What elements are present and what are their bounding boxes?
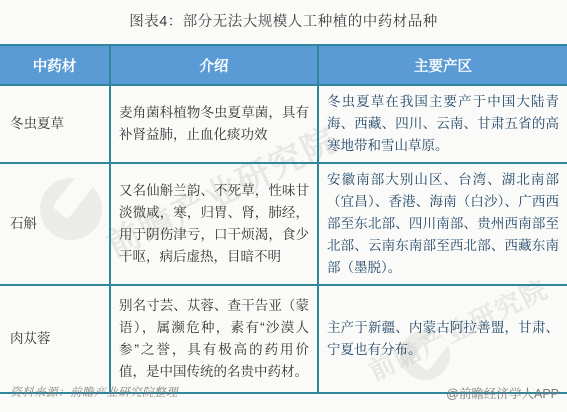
header-cell-herb: 中药材 xyxy=(0,45,110,85)
table-row: 冬虫夏草 麦角菌科植物冬虫夏草菌，具有补肾益肺，止血化痰功效 冬虫夏草在我国主要… xyxy=(0,85,567,163)
report-figure-page: 图表4：部分无法大规模人工种植的中药材品种 前瞻产业研究院 前瞻产业研究院 中药… xyxy=(0,0,567,412)
cell-intro: 又名仙斛兰韵、不死草，性味甘淡微咸，寒，归胃、肾，肺经，用于阴伤津亏，口干烦渴，… xyxy=(110,163,318,285)
table-row: 石斛 又名仙斛兰韵、不死草，性味甘淡微咸，寒，归胃、肾，肺经，用于阴伤津亏，口干… xyxy=(0,163,567,285)
cell-herb-name: 冬虫夏草 xyxy=(0,85,110,163)
cell-herb-name: 石斛 xyxy=(0,163,110,285)
cell-herb-name: 肉苁蓉 xyxy=(0,285,110,393)
brand-credit: @前瞻经济学人APP xyxy=(446,384,559,402)
cell-regions: 安徽南部大别山区、台湾、湖北南部（宜昌）、香港、海南（白沙）、广西西部至东北部、… xyxy=(318,163,567,285)
source-note: 资料来源：前瞻产业研究院整理 xyxy=(10,384,178,400)
page-title: 图表4：部分无法大规模人工种植的中药材品种 xyxy=(0,10,567,31)
cell-intro: 别名寸芸、苁蓉、查干告亚（蒙语），属濒危种，素有“沙漠人参”之誉，具有极高的药用… xyxy=(110,285,318,393)
figure-footer: 资料来源：前瞻产业研究院整理 @前瞻经济学人APP xyxy=(0,384,567,402)
header-cell-regions: 主要产区 xyxy=(318,45,567,85)
cell-intro: 麦角菌科植物冬虫夏草菌，具有补肾益肺，止血化痰功效 xyxy=(110,85,318,163)
header-cell-intro: 介绍 xyxy=(110,45,318,85)
herbs-table: 中药材 介绍 主要产区 冬虫夏草 麦角菌科植物冬虫夏草菌，具有补肾益肺，止血化痰… xyxy=(0,44,567,394)
table-row: 肉苁蓉 别名寸芸、苁蓉、查干告亚（蒙语），属濒危种，素有“沙漠人参”之誉，具有极… xyxy=(0,285,567,393)
cell-regions: 冬虫夏草在我国主要产于中国大陆青海、西藏、四川、云南、甘肃五省的高寒地带和雪山草… xyxy=(318,85,567,163)
cell-regions: 主产于新疆、内蒙古阿拉善盟，甘肃、宁夏也有分布。 xyxy=(318,285,567,393)
header-row: 中药材 介绍 主要产区 xyxy=(0,45,567,85)
